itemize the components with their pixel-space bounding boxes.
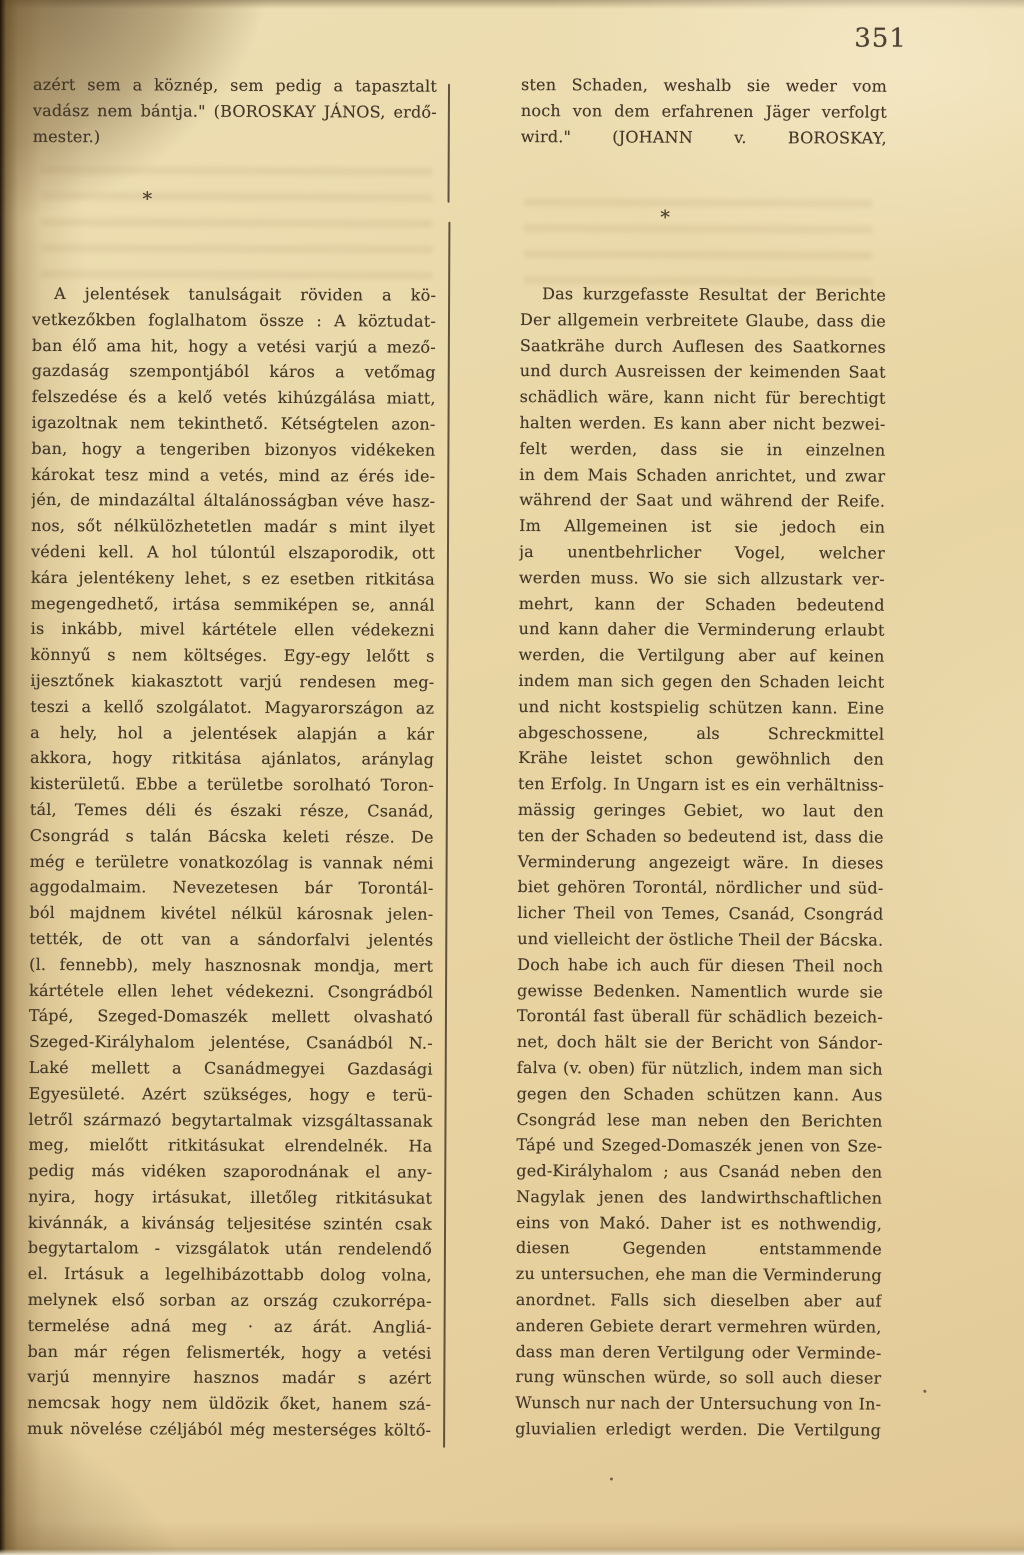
text-line: felt werden, dass sie in einzelnen Gegen… (519, 436, 885, 463)
text-line: schädlich wäre, kann nicht für berechtig… (520, 384, 886, 411)
text-line: anordnet. Falls sich dieselben aber auf … (516, 1287, 882, 1314)
text-line: könnyű s nem költséges. Egy-egy lelőtt s (30, 642, 434, 670)
text-line: biet gehören Torontál, nördlicher und sü… (517, 874, 883, 901)
right-column-continuation-paragraph: sten Schaden, weshalb sie weder vom Volk… (521, 72, 887, 151)
text-line: pedig más vidéken szaporodnának el any- (28, 1158, 432, 1186)
text-line: net, doch hält sie der Bericht von Sándo… (517, 1029, 883, 1056)
showthrough-ghost (524, 198, 872, 292)
text-line: werden, die Vertilgung aber auf keinen F… (518, 642, 884, 669)
text-line: Torontál fast überall für schädlich beze… (517, 1003, 883, 1030)
left-column-body-paragraph: A jelentések tanulságait röviden a kö-ve… (27, 281, 436, 1444)
text-line: tették, de ott van a sándorfalvi jelenté… (29, 926, 433, 954)
text-line: felszedése és a kelő vetés kihúzgálása m… (32, 384, 436, 412)
text-line: ged-Királyhalom ; aus Csanád neben den v… (516, 1158, 882, 1185)
text-line: begytartalom - vizsgálatok után rendelen… (28, 1235, 432, 1263)
text-line: Das kurzgefasste Resultat der Berichte i… (520, 281, 886, 308)
text-line: Doch habe ich auch für diesen Theil noch (517, 952, 883, 979)
text-line: Tápé und Szeged-Domaszék jenen von Sze- (516, 1132, 882, 1159)
text-line: dass man deren Vertilgung oder Verminde- (515, 1339, 881, 1366)
text-line: Szeged-Királyhalom jelentése, Csanádból … (29, 1029, 433, 1057)
text-line: aggodalmaim. Nevezetesen bár Torontál- (29, 874, 433, 902)
text-line: a hely, hol a jelentések alapján a kár (30, 719, 434, 747)
column-divider (443, 222, 450, 1448)
text-line: in dem Mais Schaden anrichtet, und zwar (519, 462, 885, 489)
text-line: kártétele ellen lehet védekezni. Csongrá… (29, 977, 433, 1005)
text-line: még e területre vonatkozólag is vannak n… (30, 848, 434, 876)
text-line: megengedhető, irtása semmiképen se, anná… (31, 590, 435, 618)
text-line: nyira, hogy irtásukat, illetőleg ritkitá… (28, 1184, 432, 1212)
text-line: Csongrád lese man neben den Berichten vo… (516, 1107, 882, 1134)
text-line: indem man sich gegen den Schaden leicht (518, 668, 884, 695)
text-line: meg, mielőtt ritkitásukat elrendelnék. H… (28, 1132, 432, 1160)
text-line: tál, Temes déli és északi része, Csanád, (30, 797, 434, 825)
text-line: vadász nem bántja." (BOROSKAY JÁNOS, erd… (33, 98, 437, 126)
text-line: falva (v. oben) für nützlich, indem man … (517, 1055, 883, 1082)
text-line: Der allgemein verbreitete Glaube, dass d… (520, 307, 886, 334)
text-line: und kann daher die Verminderung erlaubt (519, 616, 885, 643)
text-line: Csongrád s talán Bácska keleti része. De (30, 823, 434, 851)
text-line: Verminderung angezeigt wäre. In dieses G… (518, 849, 884, 876)
text-line: mehrt, kann der Schaden bedeutend werden (519, 591, 885, 618)
text-line: kára jelentékeny lehet, s ez esetben rit… (31, 565, 435, 593)
text-line: letről származó begytartalmak vizsgáltas… (28, 1106, 432, 1134)
text-line: abgeschossene, als Schreckmittel ausgehä… (518, 720, 884, 747)
text-line: védeni kell. A hol túlontúl elszaporodik… (31, 539, 435, 567)
text-line: zu untersuchen, ehe man die Verminderung (516, 1261, 882, 1288)
ink-speck (610, 1477, 613, 1480)
text-line: halten werden. Es kann aber nicht bezwei… (519, 410, 885, 437)
text-line: eins von Makó. Daher ist es nothwendig, (516, 1210, 882, 1237)
text-line: Krähe leistet schon gewöhnlich den erwün… (518, 745, 884, 772)
text-line: nos, sőt nélkülözhetetlen madár s mint i… (31, 513, 435, 541)
text-line: gewisse Bedenken. Namentlich wurde sie a… (517, 978, 883, 1005)
text-line: gegen den Schaden schützen kann. Aus (517, 1081, 883, 1108)
text-line: azért sem a köznép, sem pedig a tapaszta… (33, 72, 437, 100)
page-number: 351 (854, 23, 907, 53)
text-line: Wunsch nur nach der Untersuchung von In- (515, 1390, 881, 1417)
text-line: igazoltnak nem tekinthető. Kétségtelen a… (31, 410, 435, 438)
text-line: károkat tesz mind a vetés, mind az érés … (31, 461, 435, 489)
text-line: Tápé, Szeged-Domaszék mellett olvasható (29, 1003, 433, 1031)
text-line: varjú mennyire hasznos madár s azért (27, 1364, 431, 1392)
text-line: mässig geringes Gebiet, wo laut den Beri… (518, 797, 884, 824)
text-line: ból majdnem kivétel nélkül károsnak jele… (29, 900, 433, 928)
page-content: 351 azért sem a köznép, sem pedig a tapa… (0, 0, 1024, 1555)
text-line: kivánnák, a kivánság teljesitése szintén… (28, 1210, 432, 1238)
text-line: Egyesületé. Azért szükséges, hogy e terü… (29, 1081, 433, 1109)
showthrough-ghost (40, 166, 433, 284)
left-column-continuation-paragraph: azért sem a köznép, sem pedig a tapaszta… (33, 72, 437, 151)
text-line: jén, de mindazáltal általánosságban véve… (31, 487, 435, 515)
text-line: mester.) (33, 123, 437, 151)
text-line: ja unentbehrlicher Vogel, welcher geschü… (519, 539, 885, 566)
section-separator-asterisk: * (660, 207, 670, 229)
book-page: 351 azért sem a köznép, sem pedig a tapa… (0, 0, 1024, 1555)
text-line: is inkább, mivel kártétele ellen védekez… (31, 616, 435, 644)
text-line: ban, hogy a tengeriben bizonyos vidékeke… (31, 436, 435, 464)
text-line: el. Irtásuk a legelhibázottabb dolog vol… (28, 1261, 432, 1289)
column-divider (448, 84, 451, 203)
ink-speck (923, 1390, 926, 1393)
text-line: gazdaság szempontjából káros a vetőmag (32, 358, 436, 386)
text-line: und vielleicht der östliche Theil der Bá… (517, 926, 883, 953)
text-line: teszi a kellő szolgálatot. Magyarországo… (30, 694, 434, 722)
text-line: akkora, hogy ritkitása ajánlatos, arányl… (30, 745, 434, 773)
text-line: diesen Gegenden entstammende Ingluvialie… (516, 1236, 882, 1263)
section-separator-asterisk: * (142, 188, 152, 210)
text-line: ijesztőnek kiakasztott varjú rendesen me… (30, 668, 434, 696)
text-line: ban már régen felismerték, hogy a vetési (27, 1339, 431, 1367)
text-line: ten Erfolg. In Ungarn ist es ein verhält… (518, 771, 884, 798)
text-line: und durch Ausreissen der keimenden Saat (520, 358, 886, 385)
text-line: gluvialien erledigt werden. Die Vertilgu… (515, 1416, 881, 1443)
text-line: kisterületű. Ebbe a területbe sorolható … (30, 771, 434, 799)
text-line: melynek első sorban az ország czukorrépa… (28, 1287, 432, 1315)
text-line: Im Allgemeinen ist sie jedoch ein nützli… (519, 513, 885, 540)
text-line: und nicht kostspielig schützen kann. Ein… (518, 694, 884, 721)
text-line: Nagylak jenen des landwirthschaftlichen … (516, 1184, 882, 1211)
scanned-book-page-viewport: 351 azért sem a köznép, sem pedig a tapa… (0, 0, 1024, 1555)
text-line: ten der Schaden so bedeutend ist, dass d… (518, 823, 884, 850)
text-line: vetkezőkben foglalhatom össze : A köztud… (32, 307, 436, 335)
text-line: während der Saat und während der Reife. (519, 487, 885, 514)
text-line: nemcsak hogy nem üldözik őket, hanem szá… (27, 1390, 431, 1418)
text-line: wird." (JOHANN v. BOROSKAY, Forstmeister… (521, 124, 887, 151)
text-line: A jelentések tanulságait röviden a kö- (32, 281, 436, 309)
text-line: sten Schaden, weshalb sie weder vom Volk… (521, 72, 887, 99)
right-column-body-paragraph: Das kurzgefasste Resultat der Berichte i… (515, 281, 886, 1443)
text-line: rung wünschen würde, so soll auch dieser (515, 1364, 881, 1391)
text-line: Laké mellett a Csanádmegyei Gazdasági (29, 1055, 433, 1083)
text-line: ban élő ama hit, hogy a vetési varjú a m… (32, 332, 436, 360)
text-line: noch von dem erfahrenen Jäger verfolgt (521, 98, 887, 125)
text-line: termelése adná meg · az árát. Angliá- (28, 1313, 432, 1341)
text-line: Saatkrähe durch Auflesen des Saatkornes (520, 333, 886, 360)
text-line: muk növelése czéljából még mesterséges k… (27, 1416, 431, 1444)
text-line: anderen Gebiete derart vermehren würden, (516, 1313, 882, 1340)
text-line: licher Theil von Temes, Csanád, Csongrád (517, 900, 883, 927)
text-line: (l. fennebb), mely hasznosnak mondja, me… (29, 952, 433, 980)
text-line: werden muss. Wo sie sich allzustark ver- (519, 565, 885, 592)
